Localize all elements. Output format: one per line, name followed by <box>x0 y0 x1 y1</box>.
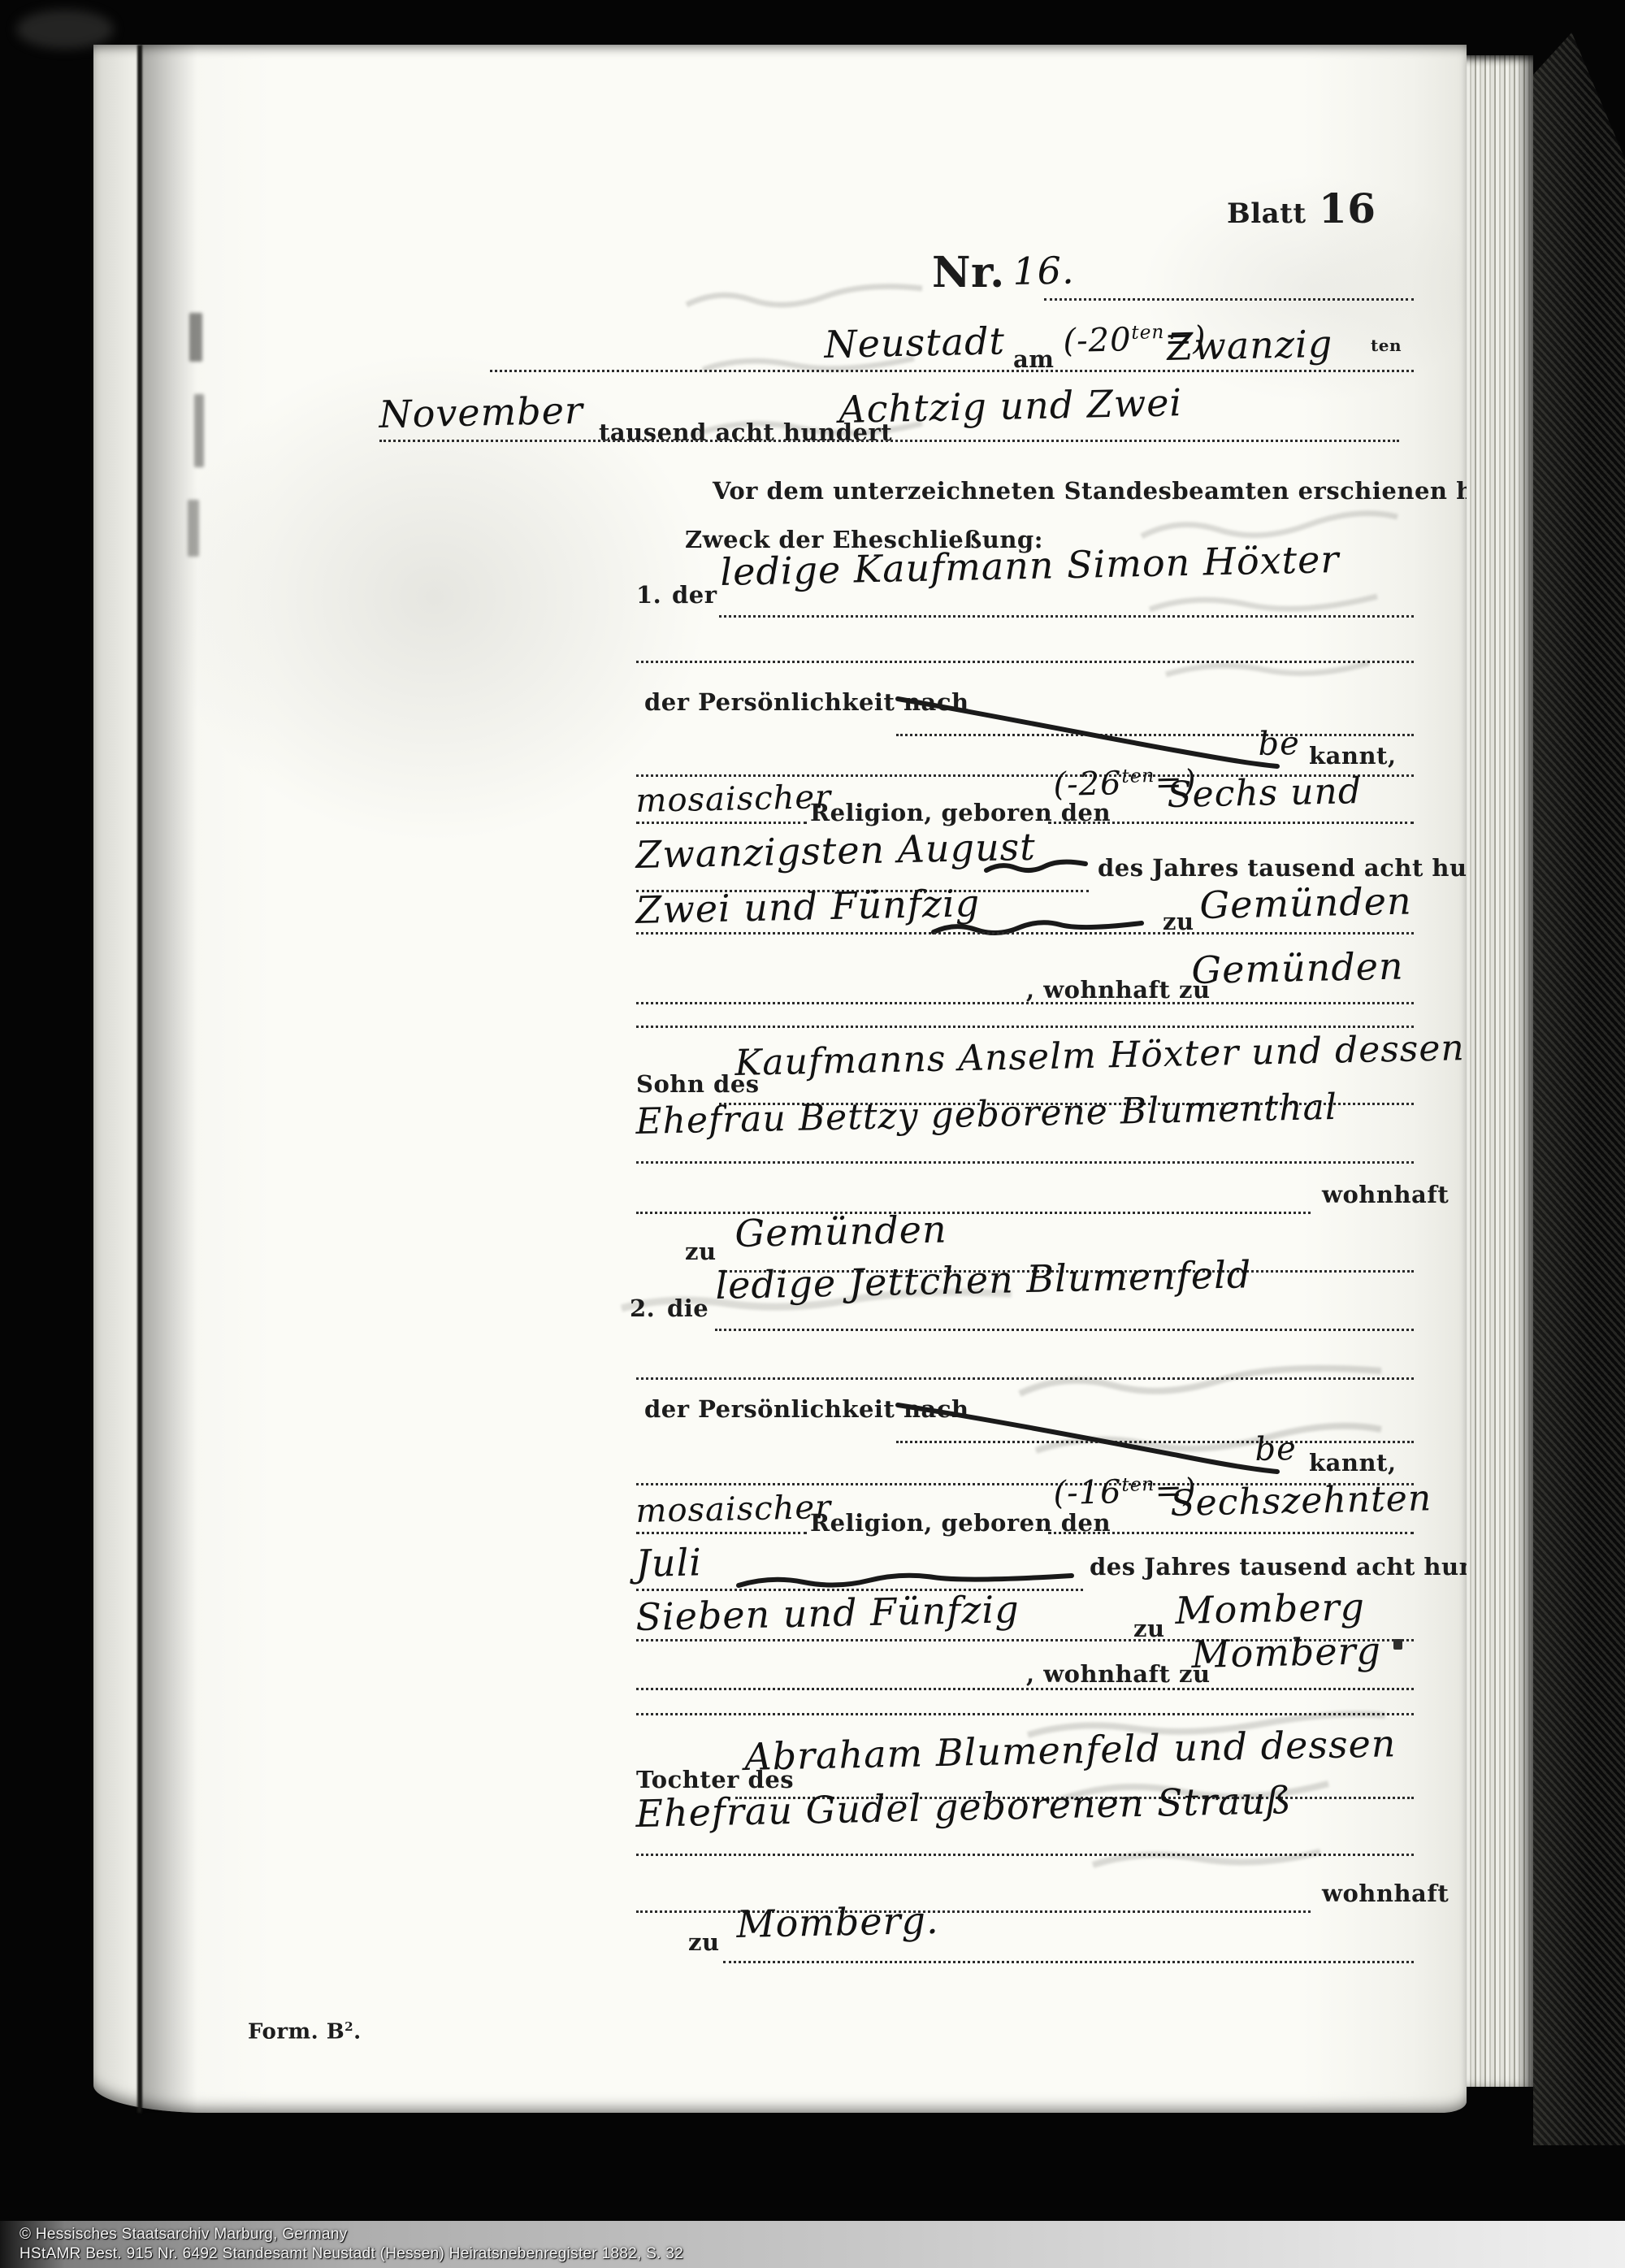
zu-label: zu <box>688 1928 720 1956</box>
groom-article: der <box>672 581 717 609</box>
dotted-rule <box>490 370 1414 372</box>
page-stack-edge <box>1467 55 1533 2087</box>
dotted-rule <box>636 932 1414 935</box>
book-binding <box>1533 33 1625 2145</box>
bride-index: 2. <box>630 1294 655 1322</box>
dotted-rule <box>636 1161 1414 1164</box>
dotted-rule <box>636 1002 1414 1004</box>
bleedthrough-ink <box>678 272 947 492</box>
dotted-rule <box>636 1713 1414 1715</box>
groom-birthplace-handwritten: Gemünden <box>1199 879 1412 927</box>
dotted-rule <box>636 1377 1414 1380</box>
sheet-label: Blatt <box>1227 197 1306 230</box>
groom-religion-handwritten: mosaischer <box>635 778 832 820</box>
dotted-rule <box>719 615 1414 618</box>
wohnhaft-label: wohnhaft <box>1322 1181 1449 1208</box>
bride-name-handwritten: ledige Jettchen Blumenfeld <box>715 1252 1252 1307</box>
am-label: am <box>1013 345 1054 373</box>
dotted-rule <box>1048 822 1414 824</box>
dotted-rule <box>715 1329 1414 1331</box>
date-day-word-handwritten: Zwanzig <box>1167 322 1333 369</box>
month-handwritten: November <box>379 388 584 436</box>
intro-line-1: Vor dem unterzeichneten Standesbeamten e… <box>713 477 1598 505</box>
bleedthrough-ink <box>1133 496 1410 699</box>
groom-parents-line1-handwritten: Kaufmanns Anselm Höxter und dessen <box>734 1027 1465 1084</box>
groom-residence-handwritten: Gemünden <box>1191 944 1404 992</box>
pen-stroke <box>894 691 1284 772</box>
known-handwritten: be <box>1258 725 1300 763</box>
groom-birthday-line2: Zwanzigsten August <box>635 825 1036 877</box>
scan-smudge <box>16 10 114 49</box>
pen-stroke <box>930 921 1150 940</box>
dotted-rule <box>636 1854 1414 1856</box>
dotted-rule <box>636 661 1414 663</box>
pen-stroke <box>983 859 1089 878</box>
dotted-rule <box>1044 298 1414 301</box>
archive-attribution-bar: © Hessisches Staatsarchiv Marburg, Germa… <box>0 2221 1625 2268</box>
archive-copyright: © Hessisches Staatsarchiv Marburg, Germa… <box>19 2226 348 2244</box>
record-number-label: Nr. <box>932 248 1005 297</box>
groom-index: 1. <box>636 581 661 609</box>
form-code: Form. B2. <box>248 2019 362 2045</box>
resident-label: , wohnhaft zu <box>1026 976 1211 1004</box>
known-printed: kannt, <box>1309 742 1397 770</box>
day-suffix-label: ten <box>1371 336 1402 355</box>
groom-birthday-word: Sechs und <box>1167 770 1363 816</box>
bride-birth-year-handwritten: Sieben und Fünfzig <box>635 1587 1020 1639</box>
known-printed: kannt, <box>1309 1449 1397 1477</box>
zu-label: zu <box>1133 1615 1165 1642</box>
known-handwritten: be <box>1254 1430 1297 1468</box>
dotted-rule <box>636 822 807 824</box>
zu-label: zu <box>685 1238 717 1265</box>
dotted-rule <box>636 1026 1414 1028</box>
dotted-rule <box>1048 1532 1414 1534</box>
zu-label: zu <box>1163 908 1194 935</box>
register-page: Blatt 16 Nr. 16. Neustadt am (-20ten=) Z… <box>93 45 1467 2113</box>
pen-stroke <box>894 1397 1284 1478</box>
archive-reference: HStAMR Best. 915 Nr. 6492 Standesamt Neu… <box>19 2245 683 2263</box>
bride-residence-handwritten: Momberg <box>1191 1628 1382 1676</box>
resident-label: , wohnhaft zu <box>1026 1660 1211 1688</box>
bride-parents-residence-handwritten: Momberg. <box>736 1898 939 1946</box>
groom-parents-residence-handwritten: Gemünden <box>734 1208 947 1255</box>
dotted-rule <box>636 1688 1414 1690</box>
bride-birthday-word: Sechszehnten <box>1170 1477 1432 1524</box>
bride-religion-handwritten: mosaischer <box>635 1489 832 1530</box>
ink-blotch <box>194 394 204 467</box>
bride-birthday-line2: Juli <box>635 1540 703 1585</box>
sheet-number: 16 <box>1319 184 1376 232</box>
ink-blotch <box>188 500 199 557</box>
dotted-rule <box>636 1532 807 1534</box>
dotted-rule <box>379 440 1399 442</box>
groom-birth-year-handwritten: Zwei und Fünfzig <box>635 881 981 932</box>
record-number-value: 16. <box>1012 248 1075 293</box>
year-handwritten: Achtzig und Zwei <box>838 380 1183 431</box>
book-scan: Blatt 16 Nr. 16. Neustadt am (-20ten=) Z… <box>0 0 1625 2268</box>
registry-place-handwritten: Neustadt <box>824 319 1006 366</box>
ink-blotch <box>189 313 202 362</box>
wohnhaft-label: wohnhaft <box>1322 1880 1449 1907</box>
bride-birthplace-handwritten: Momberg <box>1175 1585 1366 1633</box>
dotted-rule <box>723 1961 1414 1963</box>
bride-article: die <box>667 1294 708 1322</box>
